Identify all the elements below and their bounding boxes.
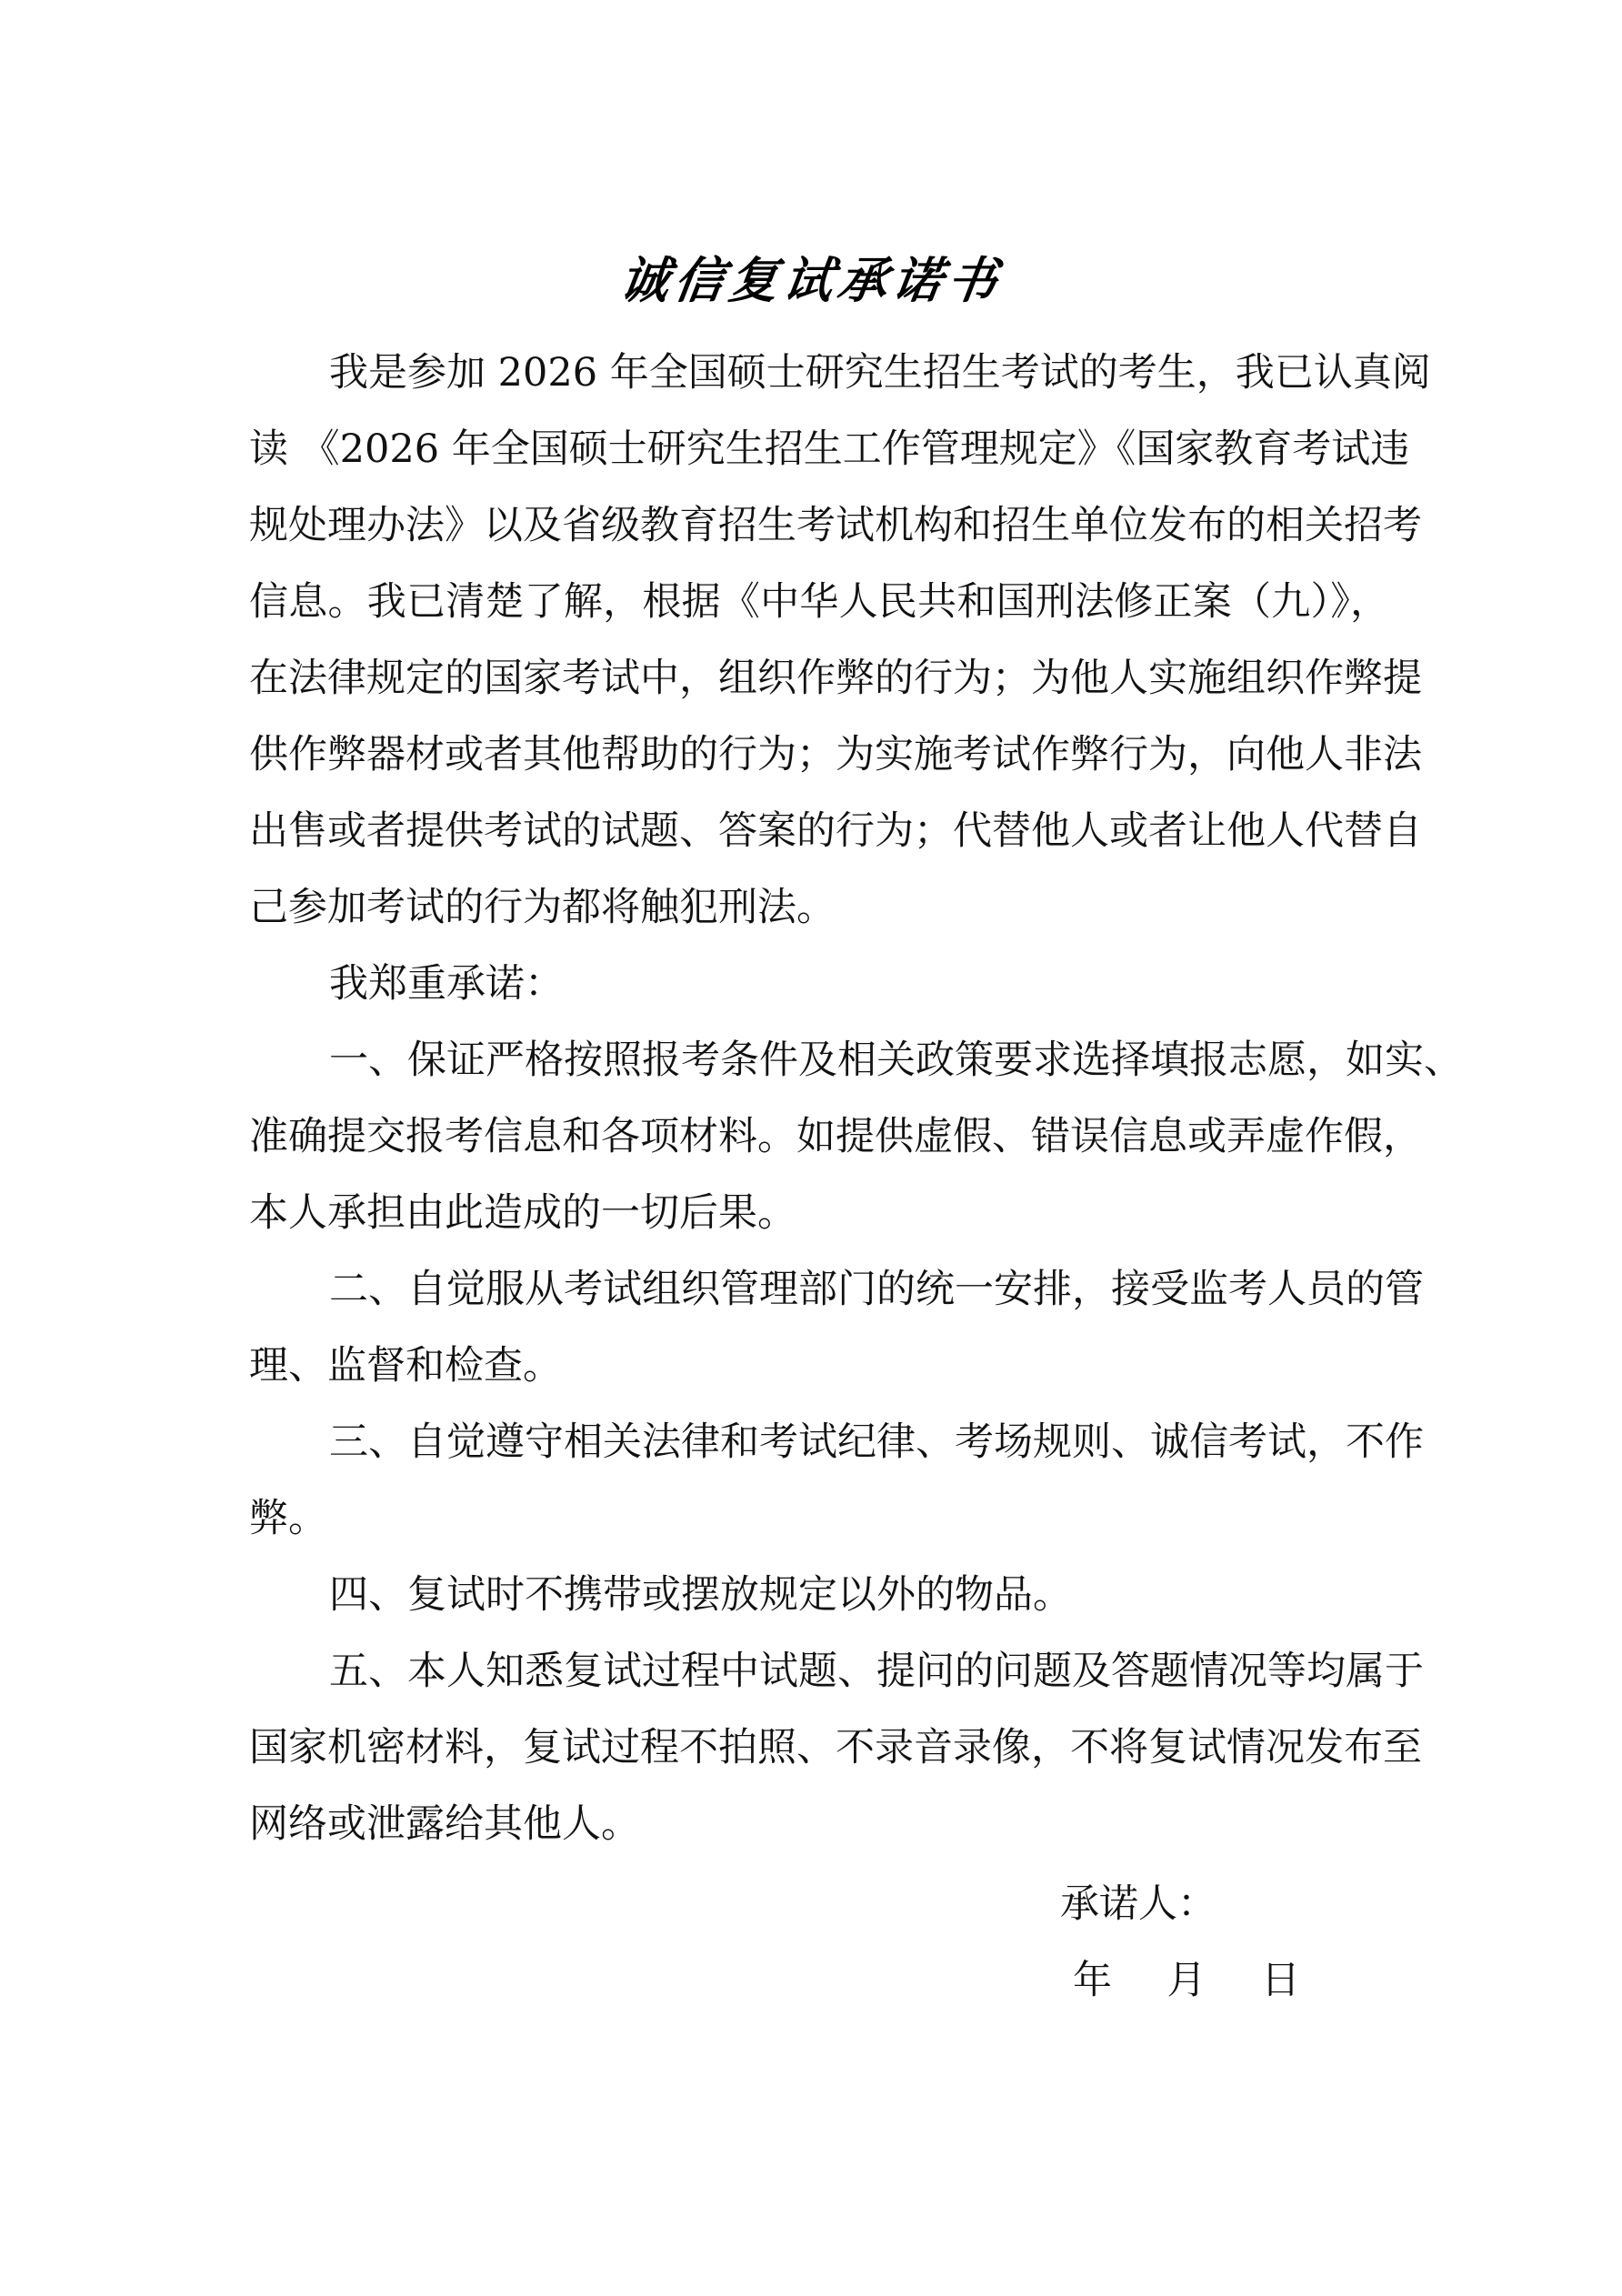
date-row: 年 月 日 — [1073, 1942, 1300, 2019]
pledge-item-1-line: 一、保证严格按照报考条件及相关政策要求选择填报志愿，如实、 — [249, 1022, 1389, 1098]
paragraph-line: 我是参加 2026 年全国硕士研究生招生考试的考生，我已认真阅 — [249, 335, 1389, 411]
paragraph-line: 规处理办法》以及省级教育招生考试机构和招生单位发布的相关招考 — [249, 487, 1389, 564]
pledge-item-5-line: 网络或泄露给其他人。 — [249, 1786, 1389, 1862]
pledge-item-5-line: 国家机密材料，复试过程不拍照、不录音录像，不将复试情况发布至 — [249, 1709, 1389, 1786]
pledge-item-2-line: 二、自觉服从考试组织管理部门的统一安排，接受监考人员的管 — [249, 1251, 1389, 1328]
date-day-label: 日 — [1261, 1942, 1300, 2019]
paragraph-line: 读 《2026 年全国硕士研究生招生工作管理规定》《国家教育考试违 — [249, 411, 1389, 487]
paragraph-line: 己参加考试的行为都将触犯刑法。 — [249, 869, 1389, 946]
paragraph-line: 供作弊器材或者其他帮助的行为；为实施考试作弊行为，向他人非法 — [249, 717, 1389, 793]
date-year-label: 年 — [1073, 1942, 1112, 2019]
document-page: 诚信复试承诺书 我是参加 2026 年全国硕士研究生招生考试的考生，我已认真阅 … — [0, 0, 1622, 2296]
document-body: 我是参加 2026 年全国硕士研究生招生考试的考生，我已认真阅 读 《2026 … — [249, 335, 1389, 1862]
pledge-item-1-line: 准确提交报考信息和各项材料。如提供虚假、错误信息或弄虚作假， — [249, 1098, 1389, 1175]
signature-label: 承诺人： — [1060, 1866, 1216, 1942]
pledge-item-2-line: 理、监督和检查。 — [249, 1328, 1389, 1404]
paragraph-line: 在法律规定的国家考试中，组织作弊的行为；为他人实施组织作弊提 — [249, 640, 1389, 717]
pledge-item-5-line: 五、本人知悉复试过程中试题、提问的问题及答题情况等均属于 — [249, 1633, 1389, 1709]
pledge-item-1-line: 本人承担由此造成的一切后果。 — [249, 1175, 1389, 1251]
date-month-label: 月 — [1167, 1942, 1206, 2019]
pledge-item-3-line: 三、自觉遵守相关法律和考试纪律、考场规则、诚信考试，不作 — [249, 1404, 1389, 1480]
pledge-item-3-line: 弊。 — [249, 1480, 1389, 1557]
document-title: 诚信复试承诺书 — [0, 251, 1622, 309]
pledge-item-4-line: 四、复试时不携带或摆放规定以外的物品。 — [249, 1557, 1389, 1633]
paragraph-line: 出售或者提供考试的试题、答案的行为；代替他人或者让他人代替自 — [249, 793, 1389, 869]
paragraph-line: 信息。我已清楚了解，根据《中华人民共和国刑法修正案（九）》， — [249, 564, 1389, 640]
pledge-intro: 我郑重承诺： — [249, 946, 1389, 1022]
